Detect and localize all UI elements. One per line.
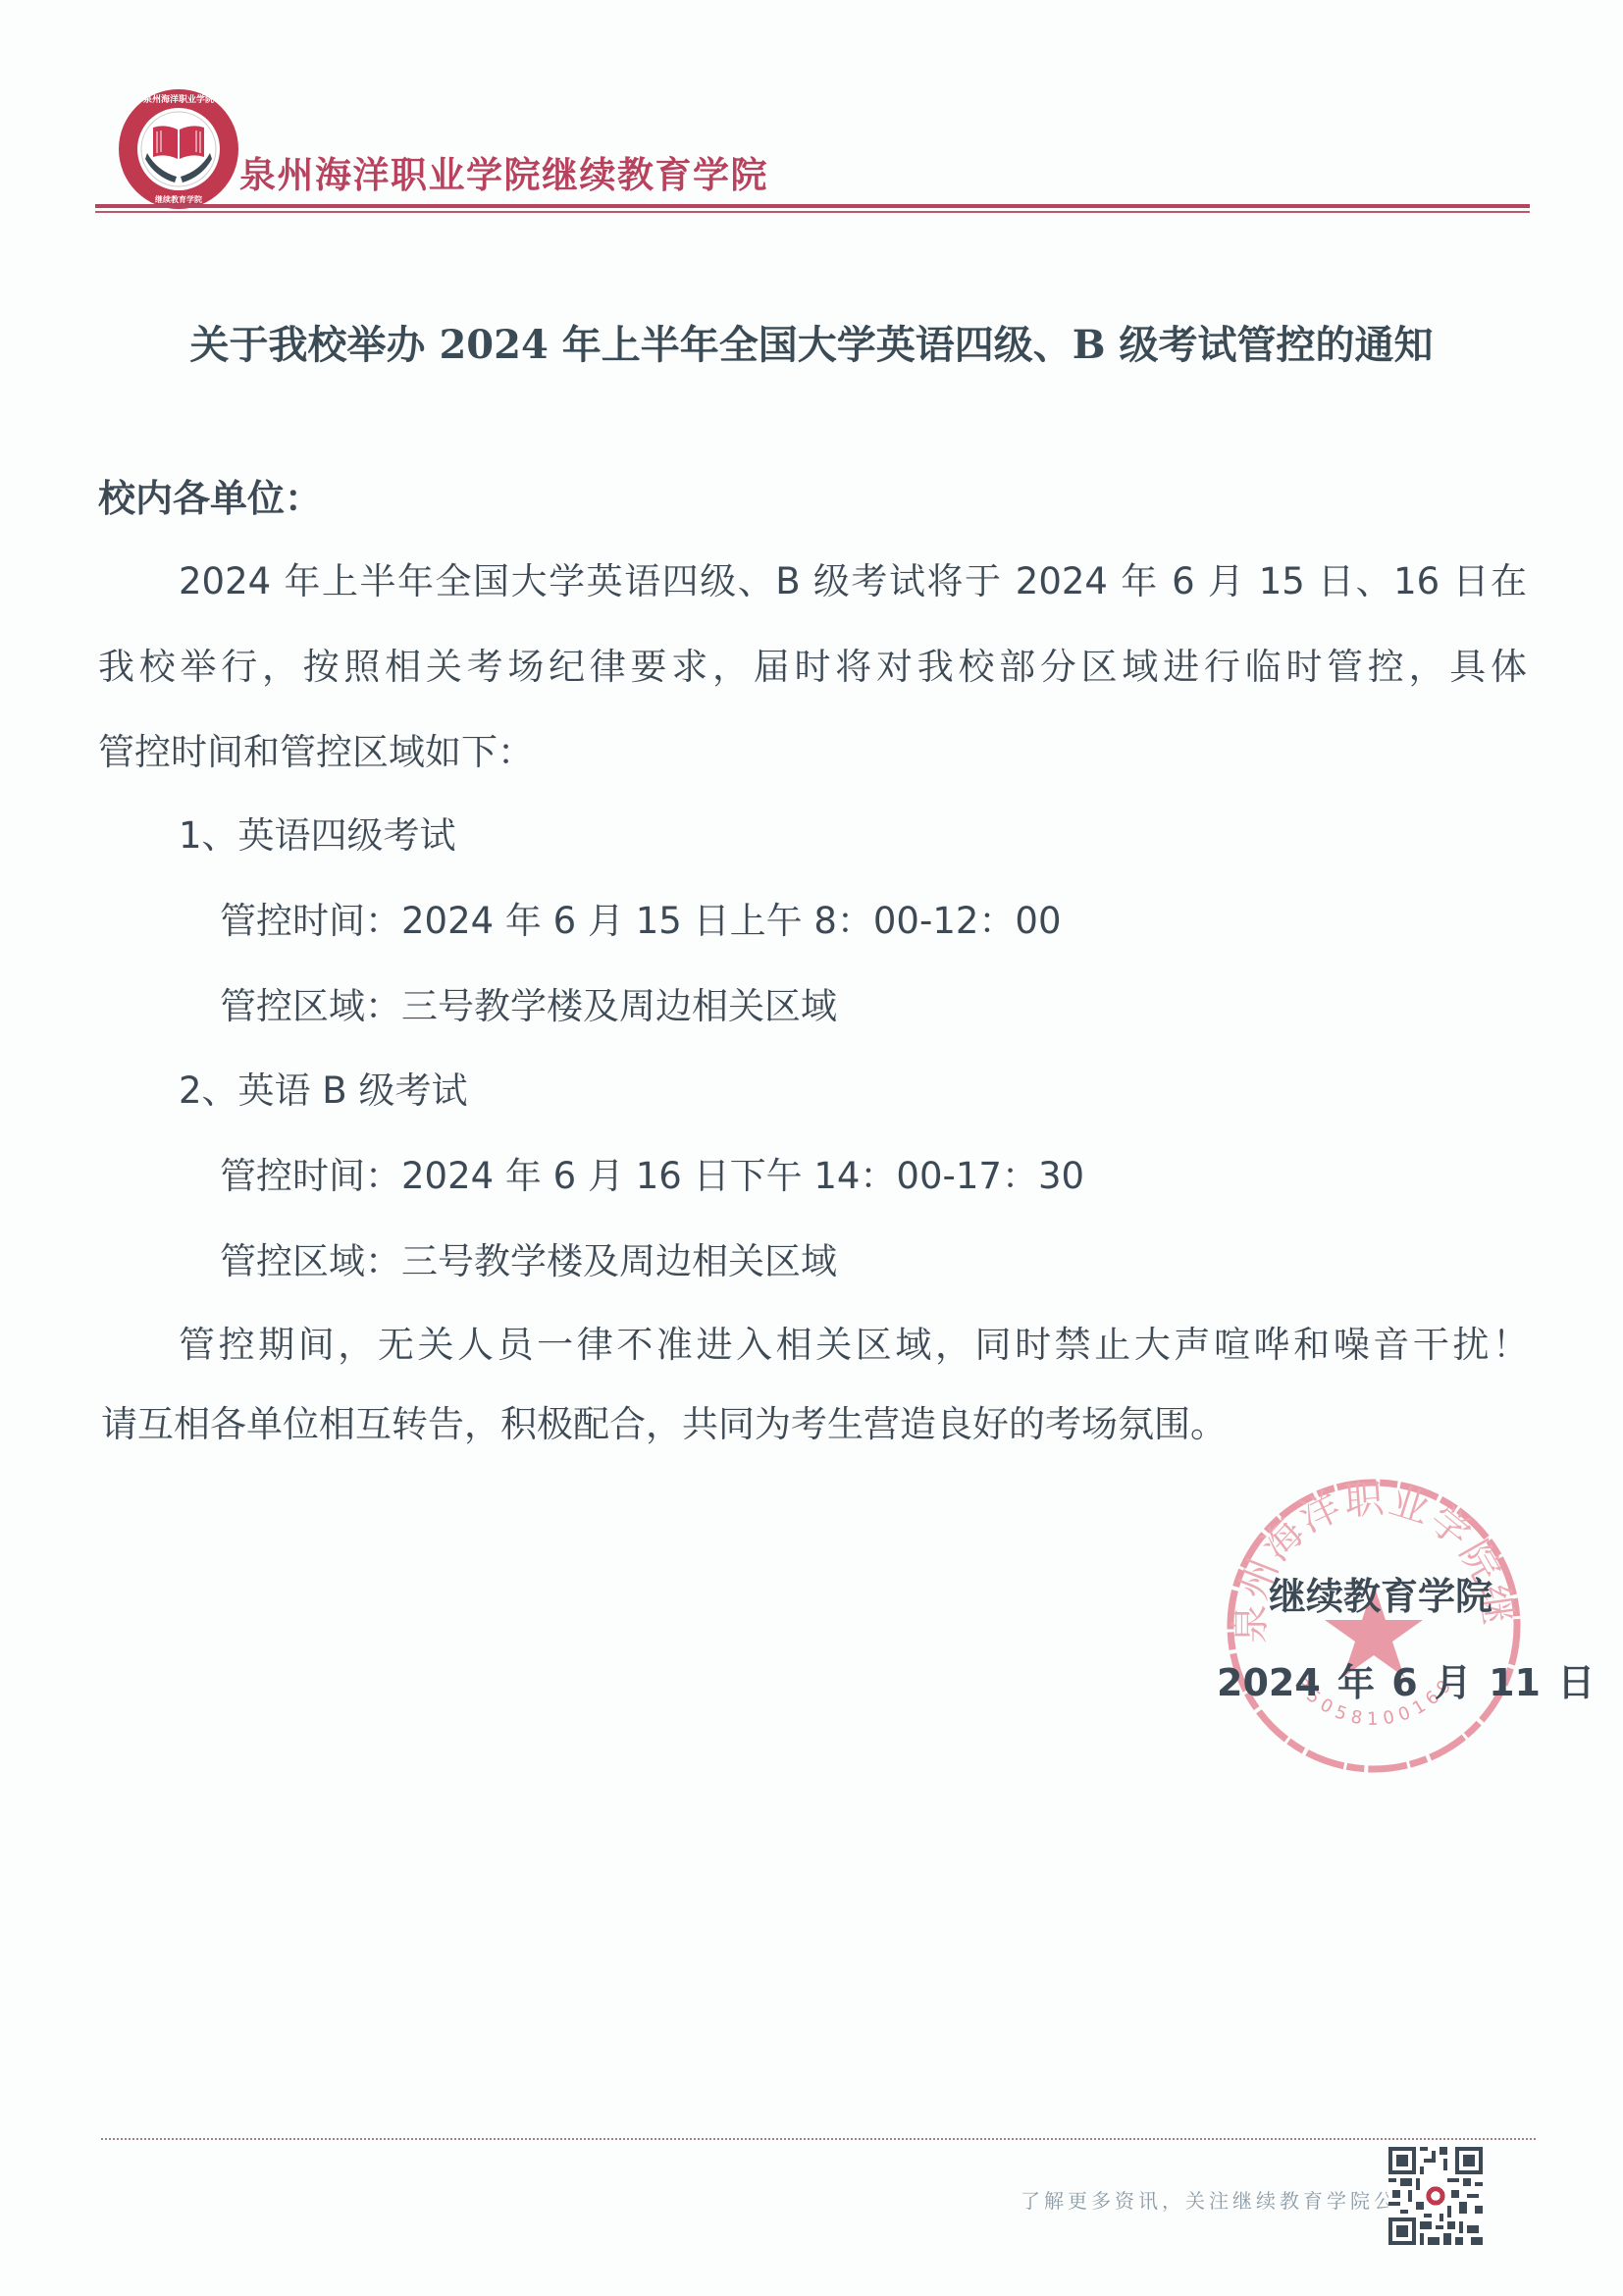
issue-date: 2024 年 6 月 11 日 [1217,1658,1595,1707]
exam-1-heading: 1、英语四级考试 [179,811,456,861]
issuer-signature: 继续教育学院 [1269,1572,1492,1621]
footer-note: 了解更多资讯，关注继续教育学院公众号 [1021,2186,1444,2216]
exam-1-area: 管控区域：三号教学楼及周边相关区域 [220,982,837,1031]
letterhead-rule-thick [95,204,1530,208]
exam-2-heading: 2、英语 B 级考试 [179,1067,467,1116]
exam-2-time-value: 2024 年 6 月 16 日下午 14：00-17：30 [401,1155,1084,1197]
intro-line-1: 2024 年上半年全国大学英语四级、B 级考试将于 2024 年 6 月 15 … [179,557,1527,606]
footer-rule [101,2138,1536,2140]
institution-logo: 泉州海洋职业学院 继续教育学院 [118,88,239,210]
svg-text:泉州海洋职业学院: 泉州海洋职业学院 [143,93,215,105]
seal-icon: 泉州海洋职业学院继续教育学院 3505810016963 [1225,1477,1523,1775]
logo-emblem-icon: 泉州海洋职业学院 继续教育学院 [118,88,239,210]
intro-line-3: 管控时间和管控区域如下： [98,728,534,777]
exam-2-time-label: 管控时间： [220,1155,401,1197]
closing-line-2: 请互相各单位相互转告，积极配合，共同为考生营造良好的考场氛围。 [101,1400,1227,1449]
exam-1-area-label: 管控区域： [220,985,401,1027]
wechat-qr-code[interactable] [1388,2147,1483,2245]
exam-1-time-label: 管控时间： [220,900,401,942]
document-title: 关于我校举办 2024 年上半年全国大学英语四级、B 级考试管控的通知 [98,318,1525,373]
exam-2-area: 管控区域：三号教学楼及周边相关区域 [220,1237,837,1286]
exam-2-area-label: 管控区域： [220,1240,401,1282]
svg-text:继续教育学院: 继续教育学院 [155,194,203,204]
intro-line-2: 我校举行，按照相关考场纪律要求，届时将对我校部分区域进行临时管控，具体 [98,643,1527,692]
exam-1-time-value: 2024 年 6 月 15 日上午 8：00-12：00 [401,900,1062,942]
official-seal: 泉州海洋职业学院继续教育学院 3505810016963 [1225,1477,1523,1775]
letterhead-rule-thin [95,211,1530,213]
greeting: 校内各单位： [98,474,322,523]
exam-1-area-value: 三号教学楼及周边相关区域 [401,985,837,1027]
exam-1-time: 管控时间：2024 年 6 月 15 日上午 8：00-12：00 [220,897,1062,946]
exam-2-time: 管控时间：2024 年 6 月 16 日下午 14：00-17：30 [220,1152,1084,1201]
qr-code-icon [1388,2147,1483,2245]
institution-name: 泉州海洋职业学院继续教育学院 [239,149,768,200]
closing-line-1: 管控期间，无关人员一律不准进入相关区域，同时禁止大声喧哗和噪音干扰！ [179,1321,1529,1370]
exam-2-area-value: 三号教学楼及周边相关区域 [401,1240,837,1282]
